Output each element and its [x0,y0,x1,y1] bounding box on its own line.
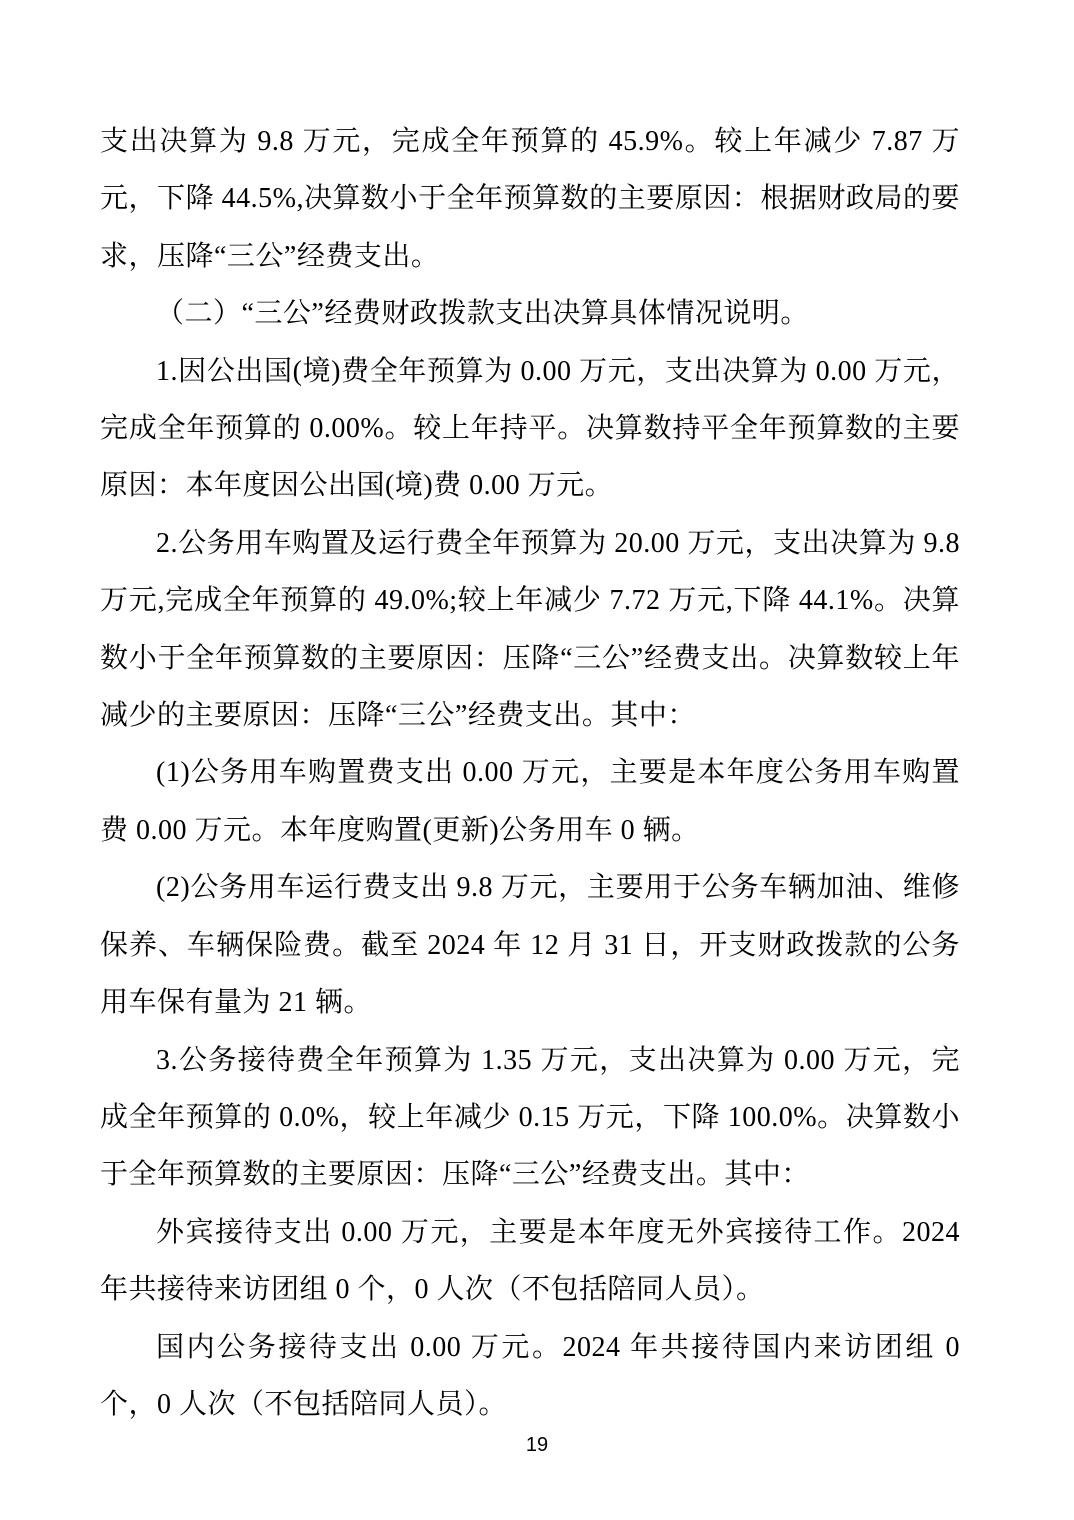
paragraph-item-2-1-vehicle-purchase: (1)公务用车购置费支出 0.00 万元，主要是本年度公务用车购置费 0.00 … [100,744,960,859]
page-number: 19 [526,1434,548,1456]
page-footer: 19 [0,1434,1074,1457]
paragraph-continuation: 支出决算为 9.8 万元，完成全年预算的 45.9%。较上年减少 7.87 万元… [100,113,960,285]
paragraph-domestic-reception: 国内公务接待支出 0.00 万元。2024 年共接待国内来访团组 0 个，0 人… [100,1319,960,1434]
document-body: 支出决算为 9.8 万元，完成全年预算的 45.9%。较上年减少 7.87 万元… [100,113,960,1433]
paragraph-item-1-abroad-fee: 1.因公出国(境)费全年预算为 0.00 万元，支出决算为 0.00 万元，完成… [100,343,960,515]
paragraph-section-heading: （二）“三公”经费财政拨款支出决算具体情况说明。 [100,285,960,342]
paragraph-item-3-reception-fee: 3.公务接待费全年预算为 1.35 万元，支出决算为 0.00 万元，完成全年预… [100,1032,960,1204]
document-page: 支出决算为 9.8 万元，完成全年预算的 45.9%。较上年减少 7.87 万元… [0,0,1074,1520]
paragraph-foreign-reception: 外宾接待支出 0.00 万元，主要是本年度无外宾接待工作。2024 年共接待来访… [100,1204,960,1319]
paragraph-item-2-vehicle-fee: 2.公务用车购置及运行费全年预算为 20.00 万元，支出决算为 9.8 万元,… [100,515,960,745]
paragraph-item-2-2-vehicle-operation: (2)公务用车运行费支出 9.8 万元，主要用于公务车辆加油、维修保养、车辆保险… [100,859,960,1031]
